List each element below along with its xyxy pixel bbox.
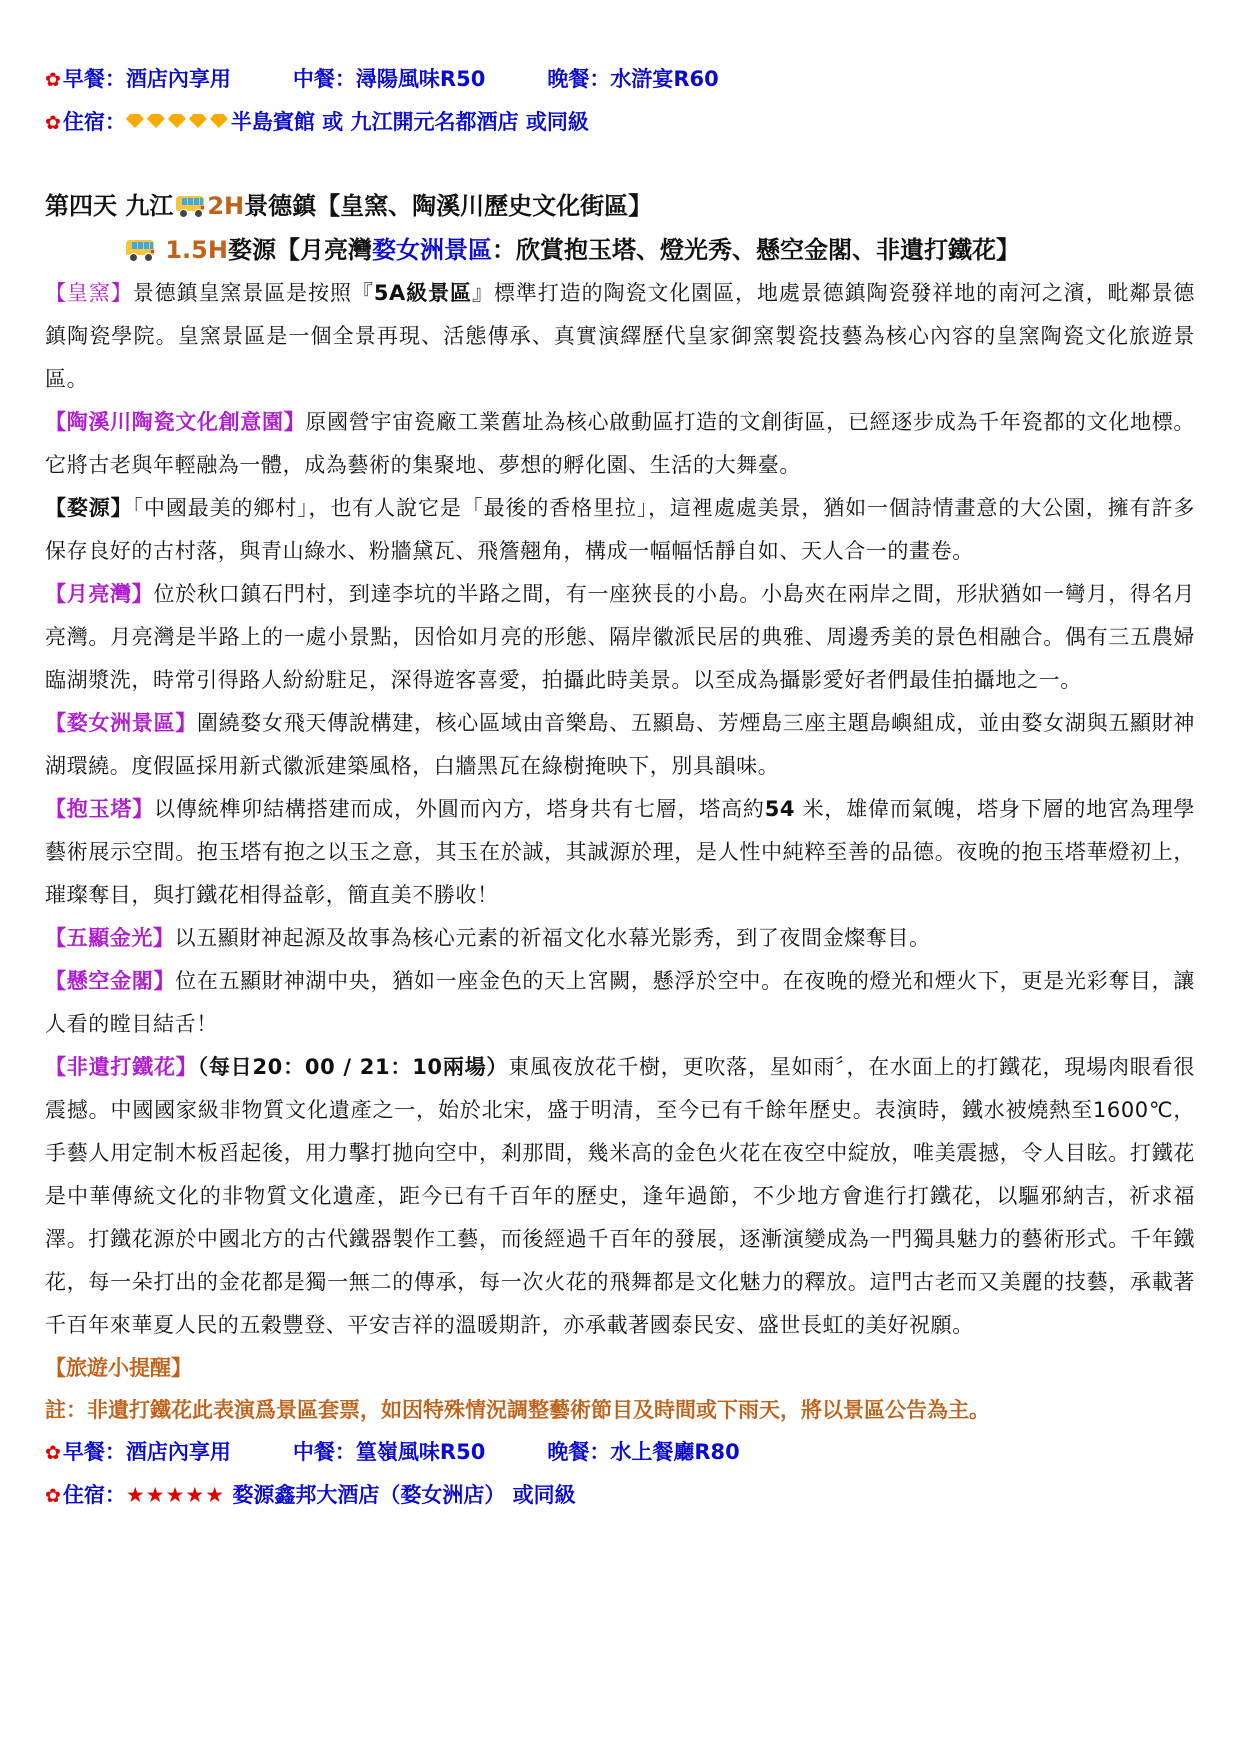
section-hanging-pavilion: 【懸空金閣】位在五顯財神湖中央，猶如一座金色的天上宮闕，懸浮於空中。在夜晚的燈光… (45, 960, 1195, 1046)
show-times: （每日20：00 / 21：10兩場） (198, 1055, 509, 1079)
meals-row-day4: ✿早餐：酒店內享用中餐：篁嶺風味R50晚餐：水上餐廳R80 (45, 1431, 1195, 1474)
bus-icon (175, 195, 205, 217)
diamond-icon (126, 114, 144, 128)
subtitle-part: ：欣賞抱玉塔、燈光秀、懸空金閣、非遺打鐵花】 (492, 236, 1020, 264)
hotel-name: 婺源鑫邦大酒店（婺女洲店） 或同級 (225, 1483, 576, 1507)
section-heading: 【懸空金閣】 (45, 969, 175, 993)
hotel-row-day4: ✿住宿：★★★★★ 婺源鑫邦大酒店（婺女洲店） 或同級 (45, 1474, 1195, 1517)
section-heading: 【抱玉塔】 (45, 797, 154, 821)
hotel-label: 住宿： (63, 110, 126, 134)
section-baoyu-tower: 【抱玉塔】以傳統榫卯結構搭建而成，外圓而內方，塔身共有七層，塔高約54 米，雄偉… (45, 788, 1195, 917)
dinner: 晚餐：水上餐廳R80 (547, 1440, 739, 1464)
section-bold: 54 (765, 797, 795, 821)
section-text: 位在五顯財神湖中央，猶如一座金色的天上宮闕，懸浮於空中。在夜晚的燈光和煙火下，更… (45, 969, 1195, 1036)
lunch: 中餐：潯陽風味R50 (293, 67, 485, 91)
diamond-icon (189, 114, 207, 128)
section-wuyuan: 【婺源】「中國最美的鄉村」，也有人說它是「最後的香格里拉」，這裡處處美景，猶如一… (45, 487, 1195, 573)
day-title-prefix: 第四天 九江 (45, 192, 173, 220)
day-subtitle: 1.5H婺源【月亮灣婺女洲景區：欣賞抱玉塔、燈光秀、懸空金閣、非遺打鐵花】 (45, 228, 1195, 272)
flower-icon: ✿ (45, 1442, 61, 1464)
section-wunvzhou: 【婺女洲景區】圍繞婺女飛天傳說構建，核心區域由音樂島、五顯島、芳煙島三座主題島嶼… (45, 702, 1195, 788)
meals-row-day3: ✿早餐：酒店內享用中餐：潯陽風味R50晚餐：水滸宴R60 (45, 58, 1195, 101)
section-heading: 【婺源】 (45, 496, 133, 520)
hotel-name: 半島賓館 或 九江開元名都酒店 或同級 (231, 110, 589, 134)
section-heading: 【非遺打鐵花】 (45, 1055, 198, 1079)
lunch: 中餐：篁嶺風味R50 (293, 1440, 485, 1464)
section-text: 東風夜放花千樹，更吹落，星如雨〞，在水面上的打鐵花，現場肉眼看很震撼。中國國家級… (45, 1055, 1195, 1337)
diamond-icon (168, 114, 186, 128)
section-text: 「中國最美的鄉村」，也有人說它是「最後的香格里拉」，這裡處處美景，猶如一個詩情畫… (45, 496, 1195, 563)
section-wuxian-golden-light: 【五顯金光】以五顯財神起源及故事為核心元素的祈福文化水幕光影秀，到了夜間金燦奪目… (45, 917, 1195, 960)
dinner: 晚餐：水滸宴R60 (547, 67, 718, 91)
subtitle-highlight: 婺女洲景區 (372, 236, 492, 264)
flower-icon: ✿ (45, 69, 61, 91)
section-bold: 5A級景區 (374, 281, 472, 305)
diamond-icon (147, 114, 165, 128)
section-huangyao: 【皇窯】景德鎮皇窯景區是按照『5A級景區』標準打造的陶瓷文化園區，地處景德鎮陶瓷… (45, 272, 1195, 401)
section-moon-bay: 【月亮灣】位於秋口鎮石門村，到達李坑的半路之間，有一座狹長的小島。小島夾在兩岸之… (45, 573, 1195, 702)
travel-time: 2H (207, 192, 244, 220)
section-text: 位於秋口鎮石門村，到達李坑的半路之間，有一座狹長的小島。小島夾在兩岸之間，形狀猶… (45, 582, 1195, 692)
day-title-rest: 景德鎮【皇窯、陶溪川歷史文化街區】 (244, 192, 652, 220)
diamond-rating (126, 110, 231, 134)
bus-icon (125, 239, 155, 261)
section-text: 以傳統榫卯結構搭建而成，外圓而內方，塔身共有七層，塔高約 (154, 797, 765, 821)
breakfast: 早餐：酒店內享用 (63, 1440, 231, 1464)
section-text: 圍繞婺女飛天傳說構建，核心區域由音樂島、五顯島、芳煙島三座主題島嶼組成，並由婺女… (45, 711, 1195, 778)
hotel-row-day3: ✿住宿：半島賓館 或 九江開元名都酒店 或同級 (45, 101, 1195, 144)
subtitle-part: 婺源【月亮灣 (228, 236, 372, 264)
itinerary-page: ✿早餐：酒店內享用中餐：潯陽風味R50晚餐：水滸宴R60 ✿住宿：半島賓館 或 … (45, 58, 1195, 1517)
flower-icon: ✿ (45, 112, 61, 134)
tips-heading: 【旅遊小提醒】 (45, 1347, 1195, 1389)
section-taoxichuan: 【陶溪川陶瓷文化創意園】原國營宇宙瓷廠工業舊址為核心啟動區打造的文創街區，已經逐… (45, 401, 1195, 487)
day-title: 第四天 九江2H景德鎮【皇窯、陶溪川歷史文化街區】 (45, 184, 1195, 228)
breakfast: 早餐：酒店內享用 (63, 67, 231, 91)
section-heading: 【皇窯】 (45, 281, 133, 305)
star-rating-icon: ★★★★★ (126, 1483, 225, 1507)
section-heading: 【五顯金光】 (45, 926, 175, 950)
hotel-label: 住宿： (63, 1483, 126, 1507)
diamond-icon (210, 114, 228, 128)
section-heading: 【婺女洲景區】 (45, 711, 197, 735)
section-text: 景德鎮皇窯景區是按照『 (133, 281, 374, 305)
flower-icon: ✿ (45, 1485, 61, 1507)
tips-note: 註：非遺打鐵花此表演爲景區套票，如因特殊情況調整藝術節目及時間或下雨天，將以景區… (45, 1389, 1195, 1431)
section-heading: 【陶溪川陶瓷文化創意園】 (45, 410, 305, 434)
section-iron-flower: 【非遺打鐵花】（每日20：00 / 21：10兩場）東風夜放花千樹，更吹落，星如… (45, 1046, 1195, 1347)
section-heading: 【月亮灣】 (45, 582, 154, 606)
section-text: 以五顯財神起源及故事為核心元素的祈福文化水幕光影秀，到了夜間金燦奪目。 (175, 926, 931, 950)
travel-time: 1.5H (165, 236, 228, 264)
